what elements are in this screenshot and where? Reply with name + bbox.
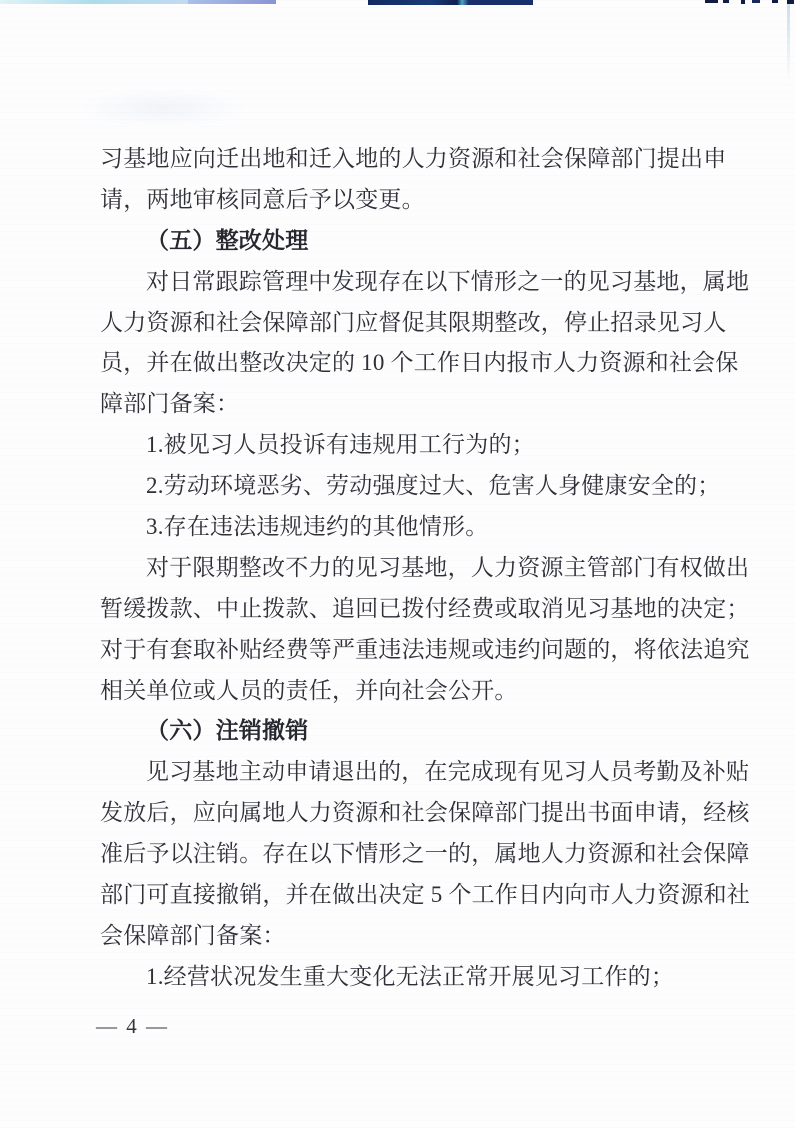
text-line: 人力资源和社会保障部门应督促其限期整改，停止招录见习人 [100,303,720,344]
document-body: 习基地应向迁出地和迁入地的人力资源和社会保障部门提出申请，两地审核同意后予以变更… [100,139,720,998]
scan-artifact-dash [752,0,760,3]
text-line: （六）注销撤销 [100,711,720,752]
text-line: 对于有套取补贴经费等严重违法违规或违约问题的，将依法追究 [100,630,720,671]
page-number: — 4 — [96,1014,169,1039]
text-line: 对日常跟踪管理中发现存在以下情形之一的见习基地，属地 [100,262,720,303]
text-line: 2.劳动环境恶劣、劳动强度过大、危害人身健康安全的； [100,466,720,507]
scan-artifact-dash [741,0,745,4]
scan-artifact-periwinkle-strip [188,0,276,4]
text-line: 员，并在做出整改决定的 10 个工作日内报市人力资源和社会保 [100,343,720,384]
scan-artifact-cyan-strip [0,0,188,4]
text-line: 见习基地主动申请退出的，在完成现有见习人员考勤及补贴 [100,752,720,793]
text-line: 障部门备案： [100,384,720,425]
text-line: 准后予以注销。存在以下情形之一的，属地人力资源和社会保障 [100,834,720,875]
scan-artifact-dash [723,0,729,3]
text-line: 3.存在违法违规违约的其他情形。 [100,507,720,548]
text-line: 会保障部门备案： [100,916,720,957]
scan-smudge [78,88,248,128]
text-line: 请，两地审核同意后予以变更。 [100,180,720,221]
text-line: 相关单位或人员的责任，并向社会公开。 [100,671,720,712]
text-line: 发放后，应向属地人力资源和社会保障部门提出书面申请，经核 [100,793,720,834]
text-line: 对于限期整改不力的见习基地，人力资源主管部门有权做出 [100,548,720,589]
scan-artifact-navy-strip [368,0,533,5]
scan-artifact-dash [772,0,778,3]
scan-artifact-dash [705,0,718,3]
text-line: 暂缓拨款、中止拨款、追回已拨付经费或取消见习基地的决定； [100,589,720,630]
scan-artifact-right-streak [787,4,790,82]
document-page: 习基地应向迁出地和迁入地的人力资源和社会保障部门提出申请，两地审核同意后予以变更… [0,0,795,1128]
text-line: 部门可直接撤销，并在做出决定 5 个工作日内向市人力资源和社 [100,875,720,916]
text-line: （五）整改处理 [100,221,720,262]
text-line: 1.被见习人员投诉有违规用工行为的； [100,425,720,466]
text-line: 1.经营状况发生重大变化无法正常开展见习工作的； [100,957,720,998]
text-line: 习基地应向迁出地和迁入地的人力资源和社会保障部门提出申 [100,139,720,180]
